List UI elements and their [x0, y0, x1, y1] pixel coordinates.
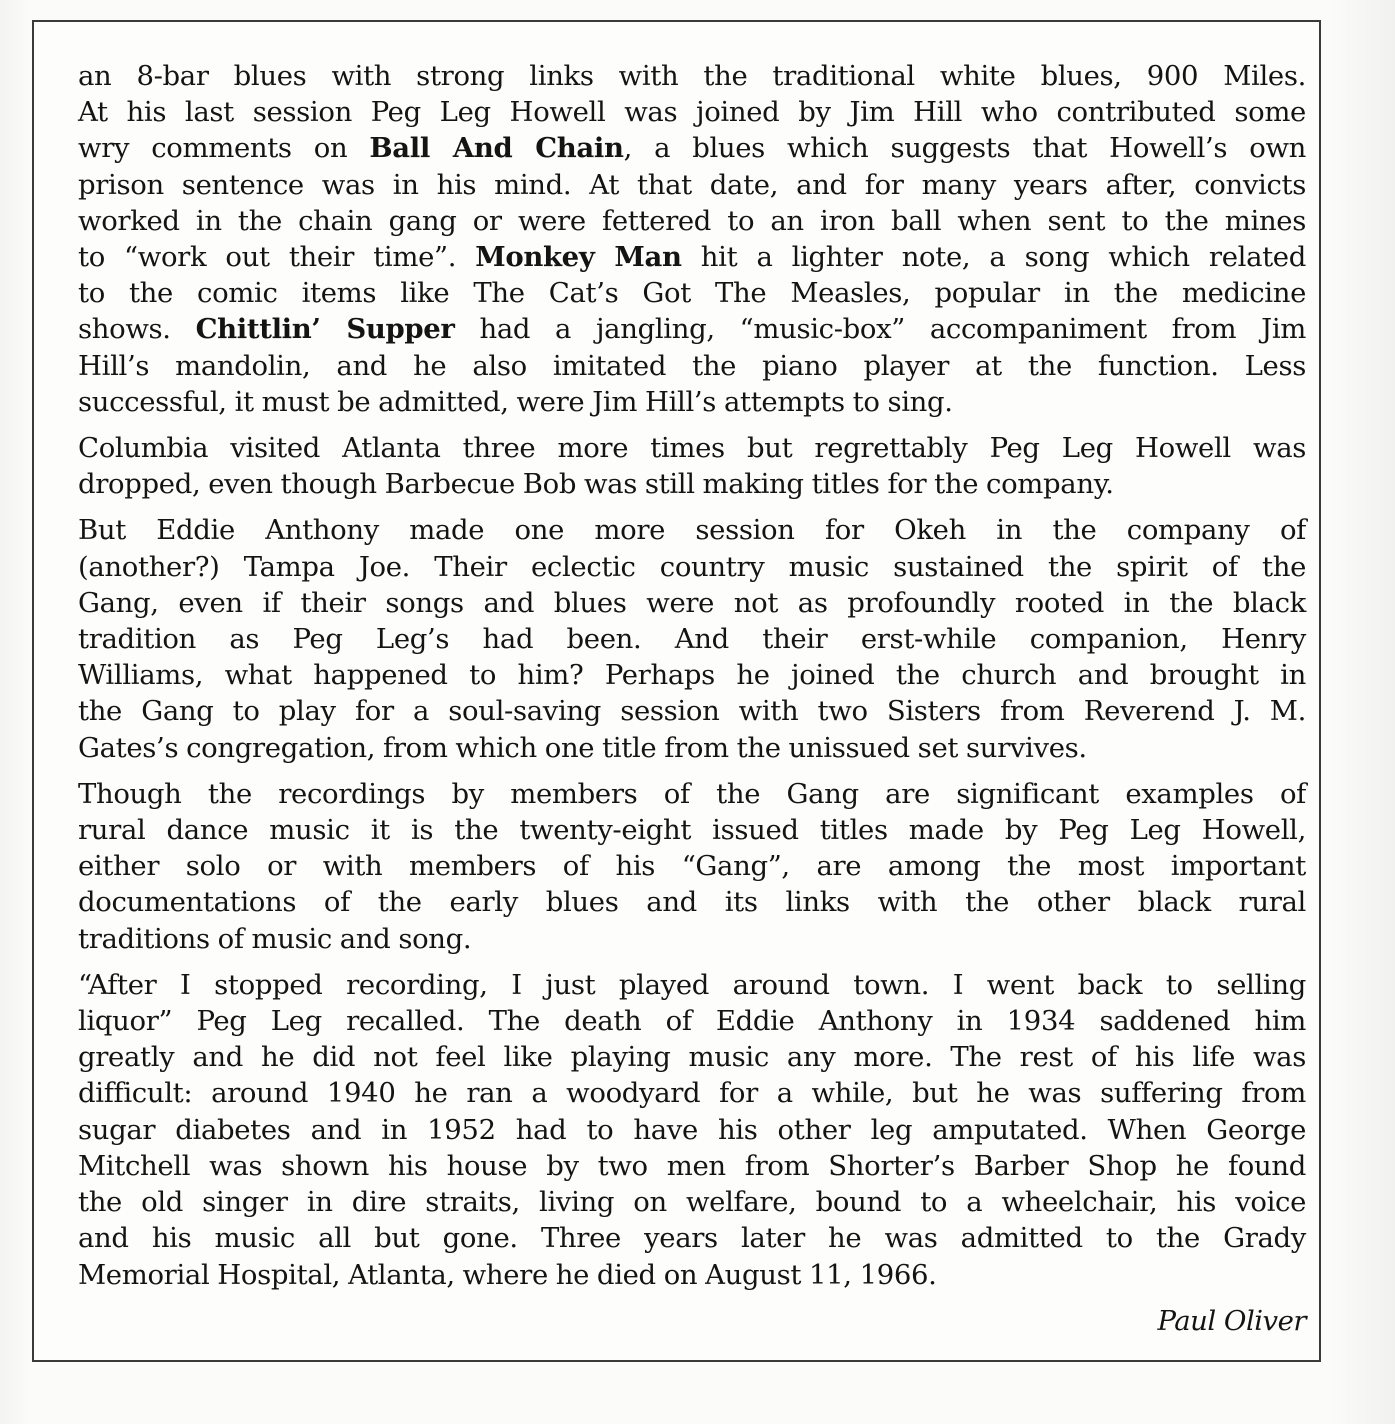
text-line: traditions of music and song. — [78, 921, 1306, 957]
text-segment: Gang, even if their songs and blues were… — [78, 587, 1306, 619]
text-line: the old singer in dire straits, living o… — [78, 1184, 1306, 1220]
text-segment: either solo or with members of his “Gang… — [78, 850, 1306, 882]
text-segment: (another?) Tampa Joe. Their eclectic cou… — [78, 551, 1306, 583]
text-line: greatly and he did not feel like playing… — [78, 1039, 1306, 1075]
text-segment: dropped, even though Barbecue Bob was st… — [78, 468, 1114, 500]
text-line: difficult: around 1940 he ran a woodyard… — [78, 1075, 1306, 1111]
song-title: Ball And Chain — [369, 132, 623, 164]
text-segment: Though the recordings by members of the … — [78, 778, 1306, 810]
text-line: Columbia visited Atlanta three more time… — [78, 430, 1306, 466]
text-line: Williams, what happened to him? Perhaps … — [78, 657, 1306, 693]
paragraph: an 8-bar blues with strong links with th… — [78, 58, 1306, 420]
text-line: Memorial Hospital, Atlanta, where he die… — [78, 1257, 1306, 1293]
text-line: an 8-bar blues with strong links with th… — [78, 58, 1306, 94]
text-segment: rural dance music it is the twenty-eight… — [78, 814, 1306, 846]
text-line: wry comments on Ball And Chain, a blues … — [78, 130, 1306, 166]
text-segment: to “work out their time”. — [78, 241, 475, 273]
paragraph-container: an 8-bar blues with strong links with th… — [78, 58, 1306, 1293]
text-segment: But Eddie Anthony made one more session … — [78, 514, 1306, 546]
text-segment: shows. — [78, 313, 196, 345]
paragraph: “After I stopped recording, I just playe… — [78, 967, 1306, 1293]
text-segment: Gates’s congregation, from which one tit… — [78, 732, 1087, 764]
text-line: sugar diabetes and in 1952 had to have h… — [78, 1112, 1306, 1148]
text-line: liquor” Peg Leg recalled. The death of E… — [78, 1003, 1306, 1039]
text-segment: liquor” Peg Leg recalled. The death of E… — [78, 1005, 1306, 1037]
text-line: Hill’s mandolin, and he also imitated th… — [78, 348, 1306, 384]
text-segment: difficult: around 1940 he ran a woodyard… — [78, 1077, 1306, 1109]
text-line: Gang, even if their songs and blues were… — [78, 585, 1306, 621]
text-segment: documentations of the early blues and it… — [78, 886, 1306, 918]
text-segment: Williams, what happened to him? Perhaps … — [78, 659, 1306, 691]
text-line: “After I stopped recording, I just playe… — [78, 967, 1306, 1003]
paragraph: Though the recordings by members of the … — [78, 776, 1306, 957]
text-segment: greatly and he did not feel like playing… — [78, 1041, 1306, 1073]
paragraph: Columbia visited Atlanta three more time… — [78, 430, 1306, 502]
author-signature: Paul Oliver — [78, 1303, 1306, 1339]
text-segment: and his music all but gone. Three years … — [78, 1222, 1306, 1254]
text-segment: Columbia visited Atlanta three more time… — [78, 432, 1306, 464]
text-line: shows. Chittlin’ Supper had a jangling, … — [78, 311, 1306, 347]
text-line: rural dance music it is the twenty-eight… — [78, 812, 1306, 848]
text-segment: to the comic items like The Cat’s Got Th… — [78, 277, 1306, 309]
article-body: an 8-bar blues with strong links with th… — [78, 58, 1306, 1339]
text-line: worked in the chain gang or were fettere… — [78, 203, 1306, 239]
text-line: to “work out their time”. Monkey Man hit… — [78, 239, 1306, 275]
text-line: documentations of the early blues and it… — [78, 884, 1306, 920]
text-segment: the Gang to play for a soul-saving sessi… — [78, 695, 1306, 727]
text-line: Though the recordings by members of the … — [78, 776, 1306, 812]
text-line: the Gang to play for a soul-saving sessi… — [78, 693, 1306, 729]
text-segment: an 8-bar blues with strong links with th… — [78, 60, 1306, 92]
text-segment: successful, it must be admitted, were Ji… — [78, 386, 953, 418]
text-line: tradition as Peg Leg’s had been. And the… — [78, 621, 1306, 657]
text-segment: At his last session Peg Leg Howell was j… — [78, 96, 1306, 128]
text-segment: wry comments on — [78, 132, 369, 164]
text-segment: sugar diabetes and in 1952 had to have h… — [78, 1114, 1306, 1146]
text-line: prison sentence was in his mind. At that… — [78, 167, 1306, 203]
text-line: to the comic items like The Cat’s Got Th… — [78, 275, 1306, 311]
song-title: Chittlin’ Supper — [196, 313, 455, 345]
text-segment: Mitchell was shown his house by two men … — [78, 1150, 1306, 1182]
text-segment: the old singer in dire straits, living o… — [78, 1186, 1306, 1218]
text-line: At his last session Peg Leg Howell was j… — [78, 94, 1306, 130]
text-segment: “After I stopped recording, I just playe… — [78, 969, 1306, 1001]
text-line: and his music all but gone. Three years … — [78, 1220, 1306, 1256]
text-segment: prison sentence was in his mind. At that… — [78, 169, 1306, 201]
text-segment: Memorial Hospital, Atlanta, where he die… — [78, 1259, 937, 1291]
text-segment: had a jangling, “music-box” accompanimen… — [455, 313, 1306, 345]
text-segment: worked in the chain gang or were fettere… — [78, 205, 1306, 237]
text-line: Mitchell was shown his house by two men … — [78, 1148, 1306, 1184]
text-segment: hit a lighter note, a song which related — [682, 241, 1306, 273]
text-segment: traditions of music and song. — [78, 923, 471, 955]
text-line: successful, it must be admitted, were Ji… — [78, 384, 1306, 420]
text-line: (another?) Tampa Joe. Their eclectic cou… — [78, 549, 1306, 585]
paragraph: But Eddie Anthony made one more session … — [78, 512, 1306, 765]
text-segment: tradition as Peg Leg’s had been. And the… — [78, 623, 1306, 655]
text-line: Gates’s congregation, from which one tit… — [78, 730, 1306, 766]
song-title: Monkey Man — [475, 241, 681, 273]
text-line: dropped, even though Barbecue Bob was st… — [78, 466, 1306, 502]
text-segment: , a blues which suggests that Howell’s o… — [624, 132, 1306, 164]
text-line: either solo or with members of his “Gang… — [78, 848, 1306, 884]
text-line: But Eddie Anthony made one more session … — [78, 512, 1306, 548]
text-segment: Hill’s mandolin, and he also imitated th… — [78, 350, 1306, 382]
